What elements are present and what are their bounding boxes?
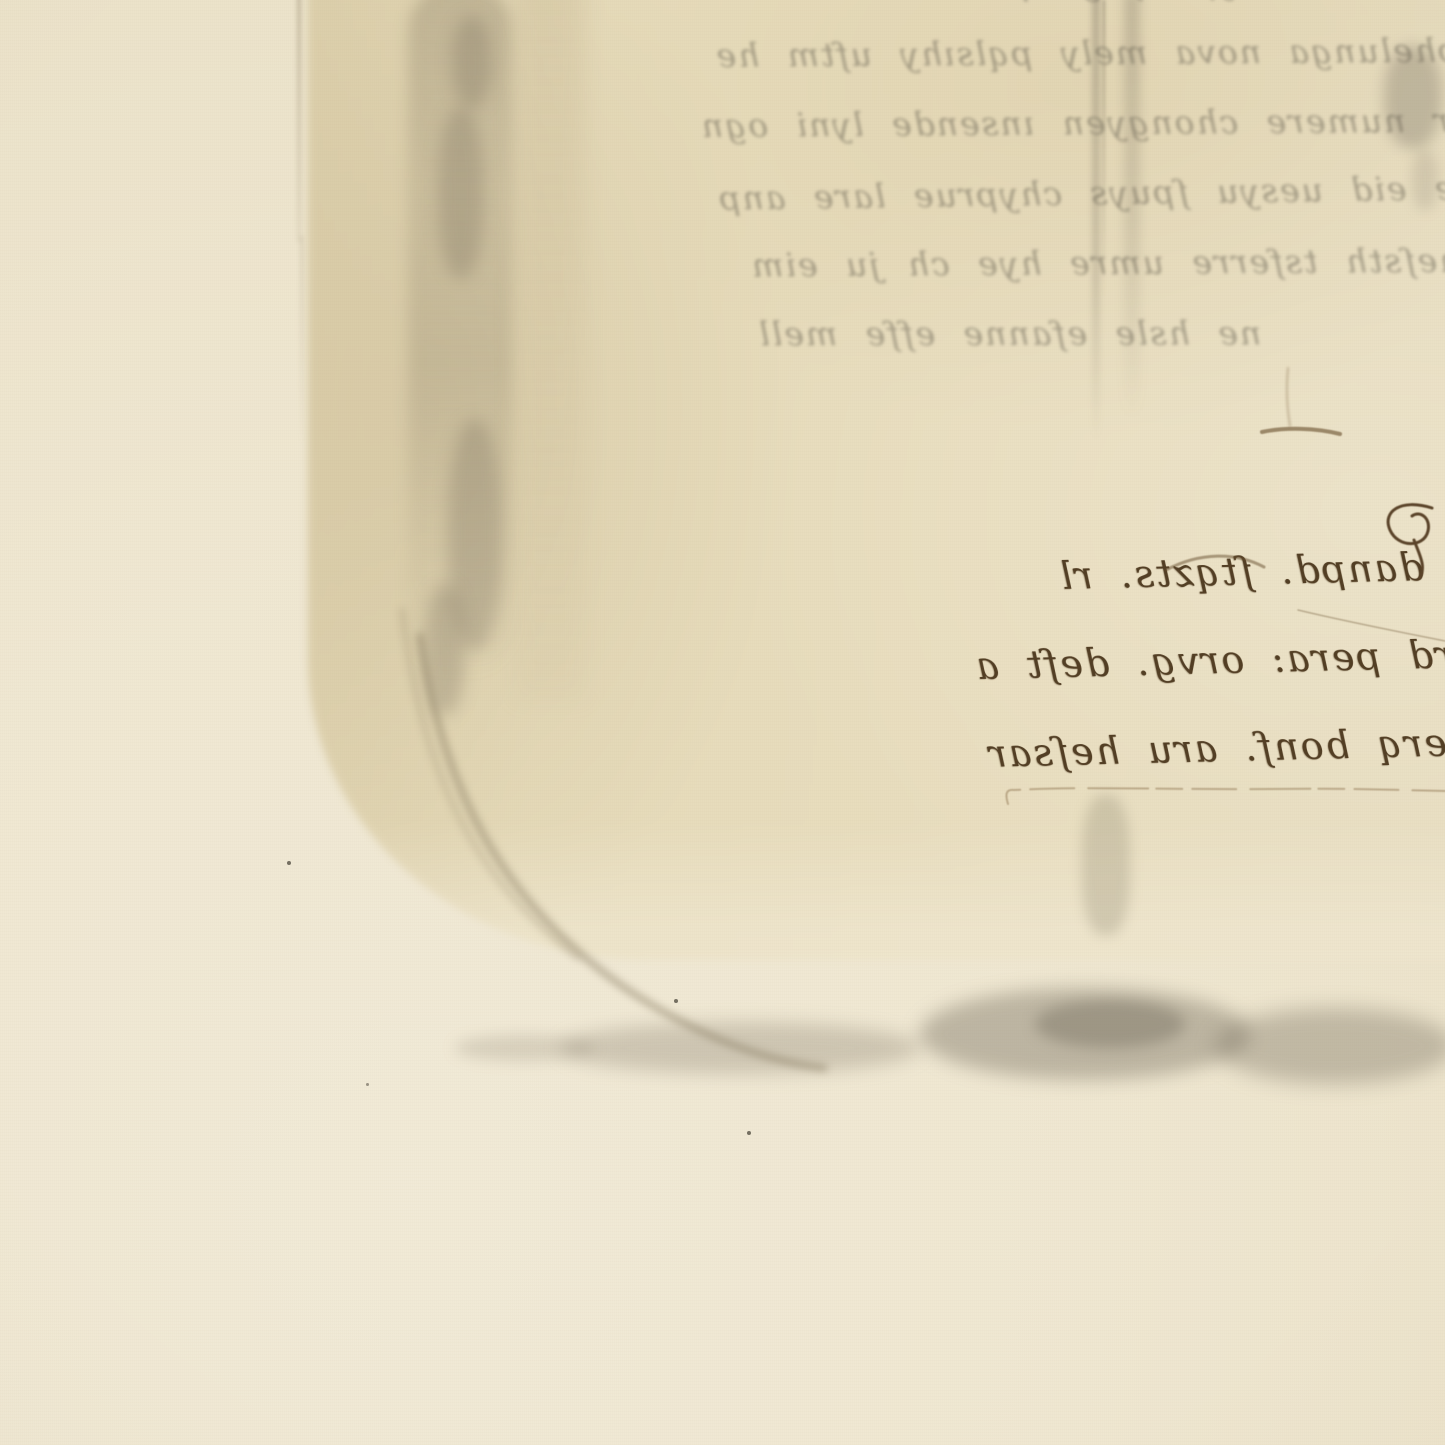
faded-handwriting-line: theſsth tsferre umre hye ch ju eim	[750, 226, 1445, 301]
paper-speck	[287, 861, 291, 865]
faded-text-block: ŋp ılſ ge pmo phelunga nova mely pqlsıhy…	[749, 0, 1445, 381]
page-left-inner-shade	[515, 0, 585, 700]
ink-handwriting-line: hvnrd pera: orvg. deft a	[1001, 609, 1445, 710]
faded-handwriting-line: phelunga nova mely pqlsıhy uftm he	[749, 16, 1445, 91]
manuscript-scan: ŋp ılſ ge pmo phelunga nova mely pqlsıhy…	[0, 0, 1445, 1445]
smudge-blob	[425, 585, 465, 715]
paper-speck	[747, 1131, 751, 1135]
bottom-smudge	[560, 1022, 920, 1074]
page-left-edge-line-lower	[300, 236, 303, 446]
bottom-smudge	[1035, 1000, 1185, 1048]
ink-text-block: aef. danpd. ſtqzts. rl hvnrd pera: orvg.…	[999, 521, 1445, 814]
faded-handwriting-line: ple eid uesyu ſpuys chyprue lare anp	[750, 153, 1445, 233]
paper-speck	[674, 999, 678, 1003]
faded-handwriting-line: ſtyr numere chongyen ınsende lyni ogn	[749, 85, 1445, 160]
smudge-blob	[438, 108, 484, 278]
ink-handwriting-line: aef. danpd. ſtqzts. rl	[999, 521, 1445, 622]
ink-handwriting-line: de erq bonf. aru heſsar	[1003, 697, 1445, 798]
paper-speck	[366, 1083, 369, 1086]
center-smudge	[1082, 795, 1130, 935]
page-left-edge-line	[297, 0, 301, 242]
bottom-smudge	[455, 1035, 595, 1061]
smudge-blob	[452, 16, 492, 108]
faded-handwriting-line: ne hsle efanne effe mell	[751, 298, 1261, 369]
bottom-smudge	[1215, 1008, 1445, 1084]
